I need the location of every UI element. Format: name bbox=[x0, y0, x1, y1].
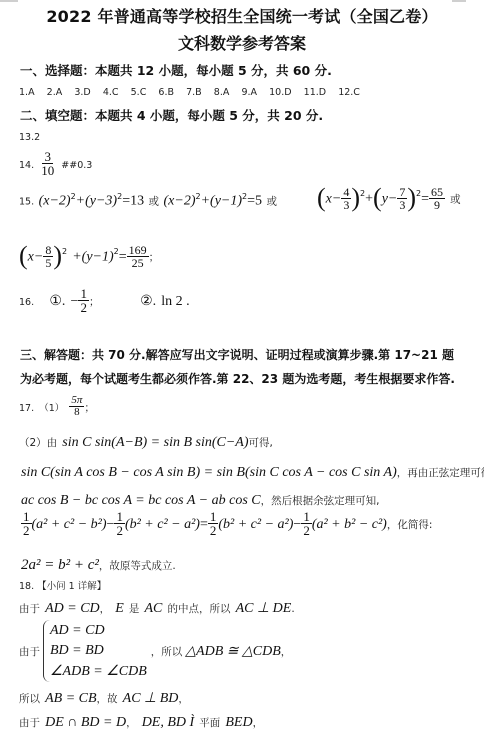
q18-system: 由于 AD = CD BD = BD ∠ADB = ∠CDB ，所以 △ADB … bbox=[19, 620, 291, 682]
left-brace bbox=[43, 620, 50, 682]
q15-eq3-yden: 3 bbox=[397, 199, 407, 211]
q15-line1: 15. (x−2)2+(y−3)2=13 或 (x−2)2+(y−1)2=5 或 bbox=[19, 192, 277, 210]
q18-l4-mid: ， bbox=[126, 717, 137, 729]
q13-answer: 13.2 bbox=[19, 132, 40, 143]
q18-sys-pre: 由于 bbox=[19, 644, 40, 659]
q18-l1-pre: 由于 bbox=[19, 603, 40, 615]
q16-label: 16. bbox=[19, 297, 34, 308]
q13-label: 13. bbox=[19, 132, 34, 143]
q17-eq5: 2a² = b² + c² bbox=[21, 557, 99, 573]
q18-l1-res: AC ⊥ DE bbox=[236, 601, 292, 616]
q14-label: 14. bbox=[19, 160, 34, 171]
answer-5: 5.C bbox=[131, 87, 147, 98]
document-subtitle: 文科数学参考答案 bbox=[0, 31, 484, 54]
or-text: 或 bbox=[450, 194, 461, 206]
q18-sys-end: ， bbox=[281, 644, 292, 659]
q17-part2-line3: ac cos B − bc cos A = bc cos A − ab cos … bbox=[21, 489, 379, 509]
q15-eq1-a: (x−2) bbox=[39, 194, 71, 209]
q18-label: 18. bbox=[19, 581, 34, 592]
q18-l4-plane: BED bbox=[225, 715, 252, 730]
q17-den: 8 bbox=[72, 407, 82, 418]
q13-value: 2 bbox=[34, 132, 40, 143]
q18-line3: 所以 AB = CB，故 AC ⊥ BD， bbox=[19, 687, 189, 707]
q15-eq4-rhsnum: 169 bbox=[127, 244, 149, 257]
q16-answer: 16. ①. −12； ②. ln 2 . bbox=[19, 287, 190, 314]
q16-num: 1 bbox=[78, 287, 89, 301]
q15-eq1-b: +(y−3) bbox=[76, 194, 117, 209]
q18-l3-end: ， bbox=[178, 693, 189, 705]
q15-eq3-rhsnum: 65 bbox=[429, 186, 445, 199]
q17-tail1: 可得, bbox=[249, 437, 273, 449]
q15-eq4-rhsden: 25 bbox=[130, 257, 146, 269]
q17-term1: (a² + c² − b²) bbox=[32, 517, 107, 532]
answer-11: 11.D bbox=[304, 87, 326, 98]
q17-label: 17. bbox=[19, 403, 34, 414]
q18-heading: 18. 【小问 1 详解】 bbox=[19, 578, 106, 592]
q18-line4: 由于 DE ∩ BD = D， DE, BD Ì 平面 BED， bbox=[19, 711, 263, 731]
q17-part2-line5: 2a² = b² + c²，故原等式成立. bbox=[21, 554, 176, 574]
q17-eq3: ac cos B − bc cos A = bc cos A − ab cos … bbox=[21, 493, 261, 508]
q16-den: 2 bbox=[78, 301, 89, 314]
q18-l4-eq: DE ∩ BD = D bbox=[45, 715, 126, 730]
q18-l1-end: . bbox=[291, 603, 294, 615]
q18-l1-mid: ， bbox=[100, 603, 111, 615]
q14-num: 3 bbox=[42, 150, 53, 164]
q18-sys-res: △ADB ≅ △CDB bbox=[185, 643, 280, 660]
mcq-answers: 1.A 2.A 3.D 4.C 5.C 6.B 7.B 8.A 9.A 10.D… bbox=[19, 87, 360, 98]
q15-eq4-b: +(y−1) bbox=[72, 250, 113, 265]
q17-term2: (b² + c² − a²) bbox=[125, 517, 200, 532]
q16-sign: − bbox=[71, 294, 79, 309]
section3-heading-line1: 三、解答题：共 70 分.解答应写出文字说明、证明过程或演算步骤.第 17~21… bbox=[20, 346, 454, 363]
q17-term4: (a² + b² − c²) bbox=[312, 517, 387, 532]
sys-eq2: BD = BD bbox=[50, 643, 147, 659]
answer-10: 10.D bbox=[269, 87, 291, 98]
section2-heading: 二、填空题：本题共 4 小题，每小题 5 分，共 20 分. bbox=[20, 106, 323, 124]
q17-part1-label: （1） bbox=[39, 403, 64, 414]
q17-part2-line1: （2）由 sin C sin(A−B) = sin B sin(C−A)可得, bbox=[19, 431, 273, 451]
page-corner-mark-left bbox=[0, 0, 18, 2]
q18-l4-res: DE, BD Ì bbox=[142, 715, 195, 730]
answer-2: 2.A bbox=[47, 87, 63, 98]
q17-part1: 17. （1） 5π8； bbox=[19, 395, 95, 418]
q14-den: 10 bbox=[39, 164, 56, 177]
q16-part1: ①. bbox=[49, 294, 65, 309]
q14-answer: 14. 3 10 ##0.3 bbox=[19, 150, 92, 177]
q18-l3-mid: ，故 bbox=[97, 693, 118, 705]
q17-tail2: ，再由正弦定理可得, bbox=[397, 467, 484, 479]
answer-7: 7.B bbox=[186, 87, 202, 98]
q14-alt: ##0.3 bbox=[61, 160, 92, 171]
answer-6: 6.B bbox=[158, 87, 174, 98]
q18-l1-text: 是 bbox=[129, 603, 140, 615]
q15-eq3-xnum: 4 bbox=[341, 186, 351, 199]
q17-eq1: sin C sin(A−B) = sin B sin(C−A) bbox=[62, 435, 248, 450]
q15-eq4-xnum: 8 bbox=[43, 244, 53, 257]
q18-l4-pre: 由于 bbox=[19, 717, 40, 729]
answer-12: 12.C bbox=[338, 87, 360, 98]
q18-subpart: 【小问 1 详解】 bbox=[37, 581, 106, 592]
answer-1: 1.A bbox=[19, 87, 35, 98]
q15-eq4-xden: 5 bbox=[43, 257, 53, 269]
page-corner-mark-right bbox=[452, 0, 466, 2]
answer-3: 3.D bbox=[74, 87, 90, 98]
q15-end: ； bbox=[149, 252, 160, 264]
or-text: 或 bbox=[266, 196, 277, 208]
q17-tail3: ，然后根据余弦定理可知, bbox=[261, 495, 380, 507]
q18-l1-ac: AC bbox=[145, 601, 163, 616]
q18-sys-mid: ，所以 bbox=[151, 644, 183, 659]
sys-eq3: ∠ADB = ∠CDB bbox=[50, 663, 147, 680]
q18-l4-end: ， bbox=[253, 717, 264, 729]
section3-heading-line2: 为必考题，每个试题考生都必须作答.第 22、23 题为选考题，考生根据要求作答. bbox=[20, 370, 455, 387]
document-title: 2022 年普通高等学校招生全国统一考试（全国乙卷） bbox=[0, 4, 484, 27]
q18-l1-text2: 的中点，所以 bbox=[167, 603, 230, 615]
q17-term3: (b² + c² − a²) bbox=[218, 517, 293, 532]
q15-eq3: (x−43)2+(y−73)2=659 或 bbox=[317, 185, 461, 211]
q16-sep: ； bbox=[89, 296, 100, 308]
q15-eq2-b: +(y−1) bbox=[201, 194, 242, 209]
q14-fraction: 3 10 bbox=[39, 150, 56, 177]
q15-eq3-xden: 3 bbox=[341, 199, 351, 211]
answer-4: 4.C bbox=[103, 87, 119, 98]
sys-eq1: AD = CD bbox=[50, 623, 147, 639]
q17-tail4: ，化简得: bbox=[387, 519, 433, 531]
q15-eq2-rhs: =5 bbox=[247, 194, 262, 209]
q17-tail5: ，故原等式成立. bbox=[99, 560, 176, 572]
answer-9: 9.A bbox=[241, 87, 257, 98]
q18-line1: 由于 AD = CD， E 是 AC 的中点，所以 AC ⊥ DE. bbox=[19, 597, 295, 617]
q15-eq1-rhs: =13 bbox=[122, 194, 144, 209]
q15-line2: (x−85)2 +(y−1)2=16925； bbox=[19, 243, 159, 269]
q17-part2-label: （2）由 bbox=[19, 437, 57, 449]
q15-eq2-a: (x−2) bbox=[164, 194, 196, 209]
q18-l4-text: 平面 bbox=[199, 717, 220, 729]
q15-label: 15. bbox=[19, 197, 34, 208]
q17-eq2: sin C(sin A cos B − cos A sin B) = sin B… bbox=[21, 465, 397, 480]
q15-eq3-rhsden: 9 bbox=[432, 199, 442, 211]
q16-part2-value: ln 2 . bbox=[161, 294, 189, 309]
answer-8: 8.A bbox=[214, 87, 230, 98]
q16-part2: ②. bbox=[140, 294, 156, 309]
q18-l3-pre: 所以 bbox=[19, 693, 40, 705]
q18-l3-eq: AB = CB bbox=[45, 691, 96, 706]
q18-l3-res: AC ⊥ BD bbox=[123, 691, 179, 706]
q17-part2-line4: 12(a² + c² − b²)−12(b² + c² − a²)=12(b² … bbox=[21, 510, 432, 537]
section1-heading: 一、选择题：本题共 12 小题，每小题 5 分，共 60 分. bbox=[20, 61, 332, 79]
q15-eq3-ynum: 7 bbox=[397, 186, 407, 199]
equation-system: AD = CD BD = BD ∠ADB = ∠CDB bbox=[50, 623, 147, 680]
q17-part2-line2: sin C(sin A cos B − cos A sin B) = sin B… bbox=[21, 461, 484, 481]
q18-l1-eq: AD = CD bbox=[45, 601, 100, 616]
q18-l1-e: E bbox=[115, 601, 124, 616]
or-text: 或 bbox=[149, 196, 160, 208]
q17-end: ； bbox=[84, 402, 95, 414]
